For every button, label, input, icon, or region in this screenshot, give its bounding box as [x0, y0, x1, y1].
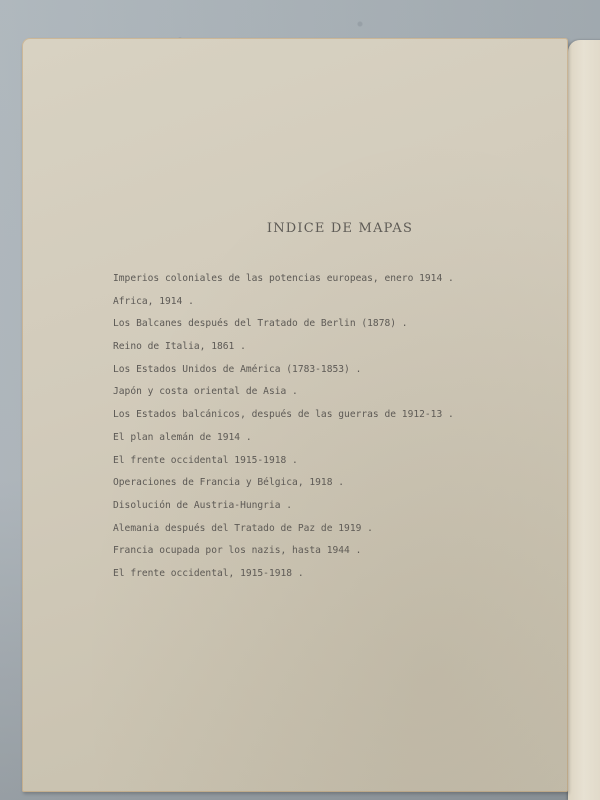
index-entry: Africa, 1914 .: [113, 291, 454, 314]
index-entry: Operaciones de Francia y Bélgica, 1918 .: [113, 472, 454, 495]
index-entry: Alemania después del Tratado de Paz de 1…: [113, 518, 454, 541]
index-entry: Francia ocupada por los nazis, hasta 194…: [113, 540, 454, 563]
index-entry: Los Estados Unidos de América (1783-1853…: [113, 359, 454, 382]
index-entry: Disolución de Austria-Hungria .: [113, 495, 454, 518]
book-page: INDICE DE MAPAS Imperios coloniales de l…: [22, 38, 568, 792]
index-entry: El frente occidental, 1915-1918 .: [113, 563, 454, 586]
index-entry: Los Balcanes después del Tratado de Berl…: [113, 313, 454, 336]
index-entry: Reino de Italia, 1861 .: [113, 336, 454, 359]
page-title: INDICE DE MAPAS: [22, 221, 568, 236]
index-entry: Imperios coloniales de las potencias eur…: [113, 268, 454, 291]
index-entry: Los Estados balcánicos, después de las g…: [113, 404, 454, 427]
index-entry: El frente occidental 1915-1918 .: [113, 450, 454, 473]
map-index-list: Imperios coloniales de las potencias eur…: [113, 268, 454, 586]
index-entry: Japón y costa oriental de Asia .: [113, 381, 454, 404]
adjacent-page-edge: [568, 40, 600, 800]
index-entry: El plan alemán de 1914 .: [113, 427, 454, 450]
